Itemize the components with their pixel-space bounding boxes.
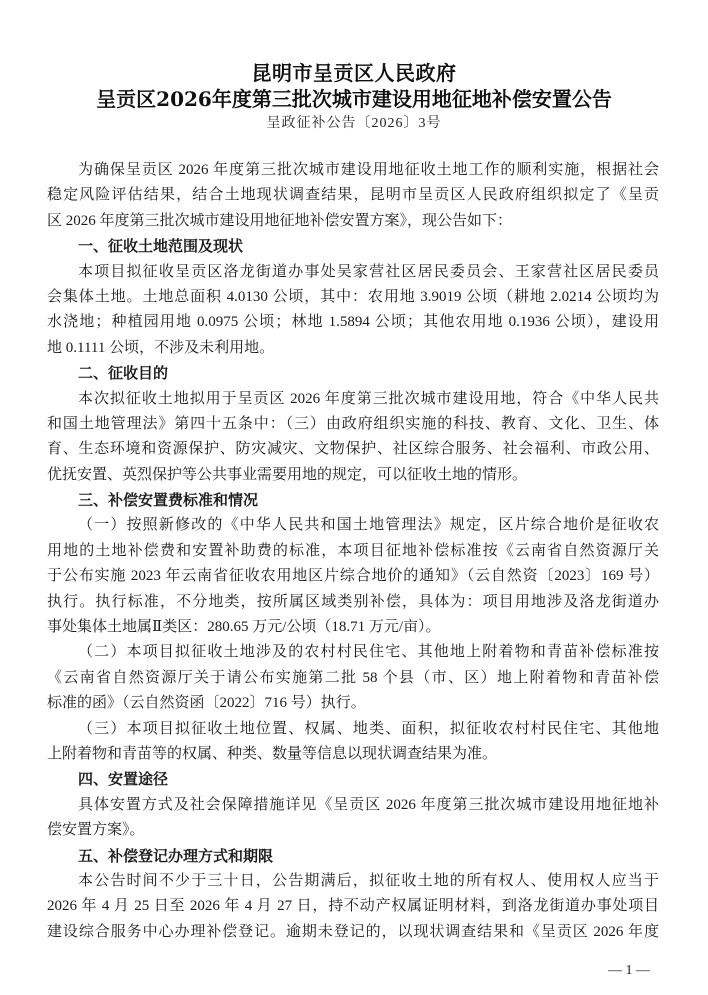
page-number: — 1 — [608,963,650,979]
text-line: 建设综合服务中心办理补偿登记。逾期未登记的，以现状调查结果和《呈贡区 2026 … [47,920,659,945]
text-line: 执行。执行标准，不分地类，按所属区域类别补偿，具体为：项目用地涉及洛龙街道办 [47,590,659,615]
text-line: 事处集体土地属Ⅱ类区：280.65 万元/公顷（18.71 万元/亩）。 [47,615,659,640]
document-page: 昆明市呈贡区人民政府 呈贡区2026年度第三批次城市建设用地征地补偿安置公告 呈… [0,0,708,995]
intro-paragraph: 为确保呈贡区 2026 年度第三批次城市建设用地征收土地工作的顺利实施，根据社会… [47,158,659,234]
text-line: 稳定风险评估结果，结合土地现状调查结果，昆明市呈贡区人民政府组织拟定了《呈贡 [47,183,659,208]
text-line: 偿安置方案》。 [47,818,659,843]
section-heading-5: 五、补偿登记办理方式和期限 [47,844,659,869]
text-line: 本公告时间不少于三十日，公告期满后，拟征收土地的所有权人、使用权人应当于 [47,869,659,894]
text-line: 《云南省自然资源厅关于请公布实施第二批 58 个县（市、区）地上附着物和青苗补偿 [47,666,659,691]
text-line: （三）本项目拟征收土地位置、权属、地类、面积，拟征收农村村民住宅、其他地 [47,717,659,742]
text-line: 标准的函》（云自然资函〔2022〕716 号）执行。 [47,691,659,716]
text-line: （二）本项目拟征收土地涉及的农村村民住宅、其他地上附着物和青苗补偿标准按 [47,640,659,665]
section-heading-3: 三、补偿安置费标准和情况 [47,488,659,513]
section-1-paragraph: 本项目拟征收呈贡区洛龙街道办事处吴家营社区居民委员会、王家营社区居民委员 会集体… [47,260,659,362]
text-line: 具体安置方式及社会保障措施详见《呈贡区 2026 年度第三批次城市建设用地征地补 [47,793,659,818]
text-line: 会集体土地。土地总面积 4.0130 公顷，其中：农用地 3.9019 公顷（耕… [47,285,659,310]
text-line: 本次拟征收土地拟用于呈贡区 2026 年度第三批次城市建设用地，符合《中华人民共 [47,387,659,412]
text-line: 为确保呈贡区 2026 年度第三批次城市建设用地征收土地工作的顺利实施，根据社会 [47,158,659,183]
text-line: 上附着物和青苗等的权属、种类、数量等信息以现状调查结果为准。 [47,742,659,767]
document-number: 呈政征补公告〔2026〕3号 [0,114,708,134]
section-heading-4: 四、安置途径 [47,767,659,792]
text-line: 优抚安置、英烈保护等公共事业需要用地的规定，可以征收土地的情形。 [47,463,659,488]
section-2-paragraph: 本次拟征收土地拟用于呈贡区 2026 年度第三批次城市建设用地，符合《中华人民共… [47,387,659,489]
text-line: 和国土地管理法》第四十五条中：（三）由政府组织实施的科技、教育、文化、卫生、体 [47,412,659,437]
section-4-paragraph: 具体安置方式及社会保障措施详见《呈贡区 2026 年度第三批次城市建设用地征地补… [47,793,659,844]
text-line: 地 0.1111 公顷，不涉及未利用地。 [47,336,659,361]
text-line: 区 2026 年度第三批次城市建设用地征地补偿安置方案》，现公告如下： [47,209,659,234]
section-5-paragraph: 本公告时间不少于三十日，公告期满后，拟征收土地的所有权人、使用权人应当于 202… [47,869,659,945]
text-line: 水浇地；种植园用地 0.0975 公顷；林地 1.5894 公顷；其他农用地 0… [47,310,659,335]
text-line: （一）按照新修改的《中华人民共和国土地管理法》规定，区片综合地价是征收农 [47,513,659,538]
notice-title: 呈贡区2026年度第三批次城市建设用地征地补偿安置公告 [0,86,708,112]
section-heading-1: 一、征收土地范围及现状 [47,234,659,259]
notice-body: 为确保呈贡区 2026 年度第三批次城市建设用地征收土地工作的顺利实施，根据社会… [47,158,659,945]
text-line: 2026 年 4 月 25 日至 2026 年 4 月 27 日，持不动产权属证… [47,894,659,919]
issuer-title: 昆明市呈贡区人民政府 [0,60,708,86]
section-3-item-1: （一）按照新修改的《中华人民共和国土地管理法》规定，区片综合地价是征收农 用地的… [47,513,659,640]
text-line: 育、生态环境和资源保护、防灾减灾、文物保护、社区综合服务、社会福利、市政公用、 [47,437,659,462]
section-3-item-3: （三）本项目拟征收土地位置、权属、地类、面积，拟征收农村村民住宅、其他地 上附着… [47,717,659,768]
text-line: 本项目拟征收呈贡区洛龙街道办事处吴家营社区居民委员会、王家营社区居民委员 [47,260,659,285]
section-3-item-2: （二）本项目拟征收土地涉及的农村村民住宅、其他地上附着物和青苗补偿标准按 《云南… [47,640,659,716]
text-line: 于公布实施 2023 年云南省征收农用地区片综合地价的通知》（云自然资〔2023… [47,564,659,589]
section-heading-2: 二、征收目的 [47,361,659,386]
text-line: 用地的土地补偿费和安置补助费的标准，本项目征地补偿标准按《云南省自然资源厅关 [47,539,659,564]
